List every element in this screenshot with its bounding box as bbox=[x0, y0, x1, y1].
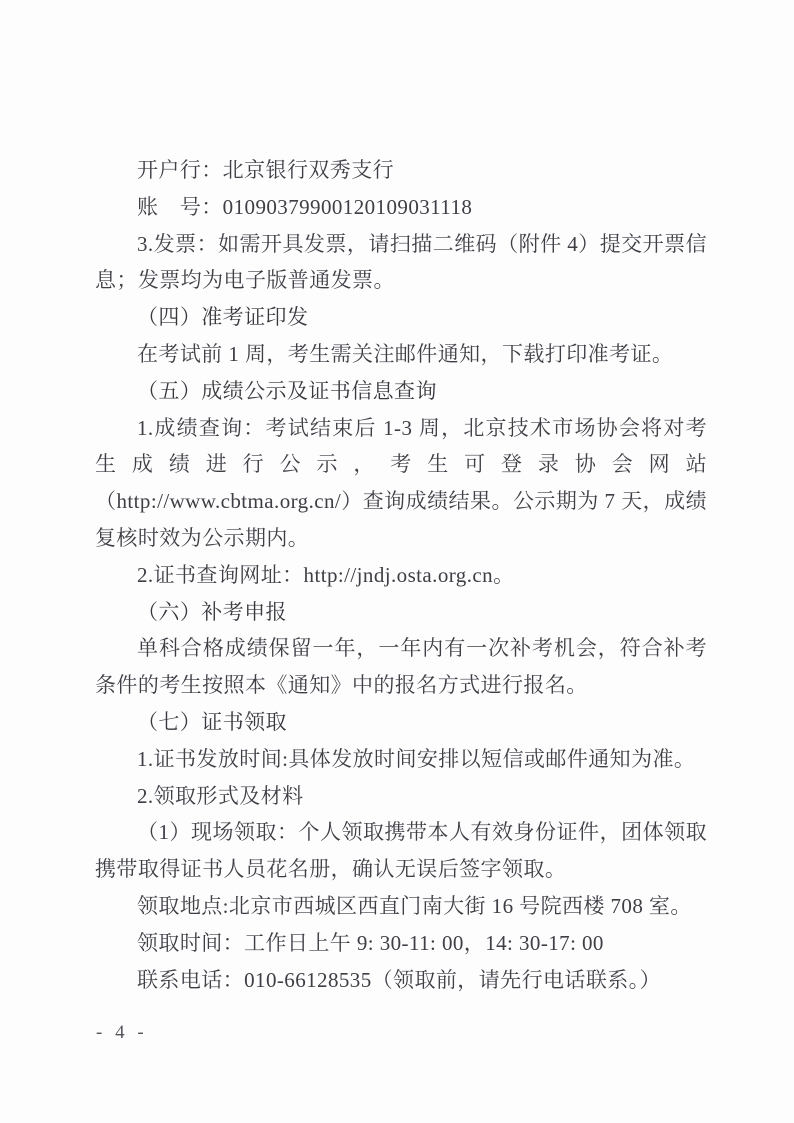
heading-certificate-collection: （七）证书领取 bbox=[95, 704, 707, 741]
paragraph-account-number: 账 号：01090379900120109031118 bbox=[95, 189, 707, 226]
paragraph-collection-forms: 2.领取形式及材料 bbox=[95, 778, 707, 815]
page-number: - 4 - bbox=[96, 1022, 148, 1044]
paragraph-score-query: 1.成绩查询：考试结束后 1-3 周，北京技术市场协会将对考生成绩进行公示，考生… bbox=[95, 410, 707, 557]
heading-admission-ticket: （四）准考证印发 bbox=[95, 299, 707, 336]
paragraph-bank-branch: 开户行：北京银行双秀支行 bbox=[95, 152, 707, 189]
paragraph-issue-time: 1.证书发放时间:具体发放时间安排以短信或邮件通知为准。 bbox=[95, 741, 707, 778]
paragraph-certificate-query-url: 2.证书查询网址：http://jndj.osta.org.cn。 bbox=[95, 557, 707, 594]
paragraph-collection-address: 领取地点:北京市西城区西直门南大街 16 号院西楼 708 室。 bbox=[95, 888, 707, 925]
paragraph-invoice-info: 3.发票：如需开具发票，请扫描二维码（附件 4）提交开票信息；发票均为电子版普通… bbox=[95, 226, 707, 300]
heading-score-publication: （五）成绩公示及证书信息查询 bbox=[95, 373, 707, 410]
document-page: 开户行：北京银行双秀支行 账 号：01090379900120109031118… bbox=[0, 0, 794, 1123]
paragraph-admission-notice: 在考试前 1 周，考生需关注邮件通知，下载打印准考证。 bbox=[95, 336, 707, 373]
paragraph-collection-hours: 领取时间：工作日上午 9: 30-11: 00，14: 30-17: 00 bbox=[95, 925, 707, 962]
heading-makeup-exam: （六）补考申报 bbox=[95, 594, 707, 631]
paragraph-contact-phone: 联系电话：010-66128535（领取前，请先行电话联系。） bbox=[95, 962, 707, 999]
document-body: 开户行：北京银行双秀支行 账 号：01090379900120109031118… bbox=[95, 152, 707, 998]
paragraph-makeup-policy: 单科合格成绩保留一年，一年内有一次补考机会，符合补考条件的考生按照本《通知》中的… bbox=[95, 630, 707, 704]
paragraph-onsite-collection: （1）现场领取：个人领取携带本人有效身份证件，团体领取携带取得证书人员花名册，确… bbox=[95, 814, 707, 888]
